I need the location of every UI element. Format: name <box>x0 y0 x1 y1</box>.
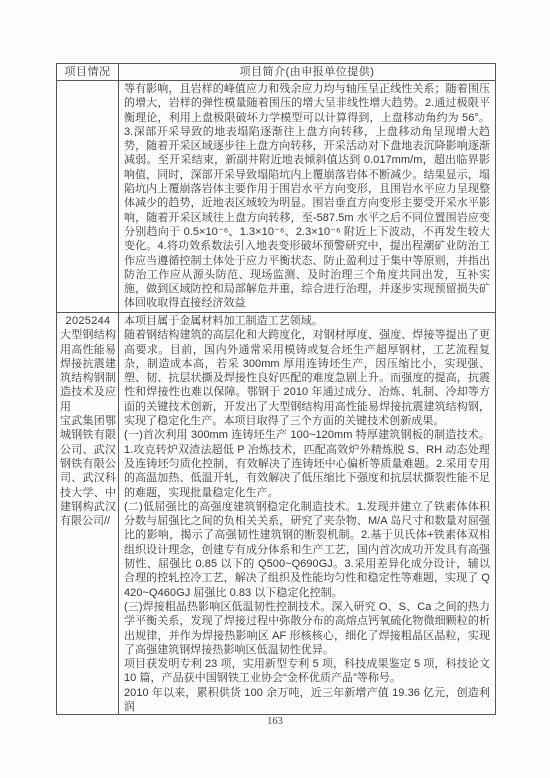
project-brief-cell: 本项目属于金属材料加工制造工艺领域。 随着钢结构建筑的高层化和大跨度化，对钢材厚… <box>119 313 496 715</box>
brief-paragraph: 2010 年以来，累积供货 100 余万吨，近三年新增产值 19.36 亿元，创… <box>124 686 490 715</box>
table-row-continued: 等有影响，且岩样的峰值应力和残余应力均与轴压呈正线性关系；随着围压的增大，岩样的… <box>57 81 496 313</box>
project-organizations: 宝武集团鄂城钢铁有限公司、武汉钢铁有限公司、武汉科技大学、中建钢构武汉有限公司/… <box>60 414 116 528</box>
brief-paragraph: 等有影响，且岩样的峰值应力和残余应力均与轴压呈正线性关系；随着围压的增大，岩样的… <box>124 82 490 311</box>
project-title: 大型钢结构用高性能易焊接抗震建筑结构钢制造技术及应用 <box>60 328 116 414</box>
project-info-cell: 2025244 大型钢结构用高性能易焊接抗震建筑结构钢制造技术及应用 宝武集团鄂… <box>57 313 119 715</box>
project-table: 项目情况 项目简介(由申报单位提供) 等有影响，且岩样的峰值应力和残余应力均与轴… <box>56 63 496 715</box>
brief-paragraph: 本项目属于金属材料加工制造工艺领域。 <box>124 314 490 328</box>
table-row-project-2025244: 2025244 大型钢结构用高性能易焊接抗震建筑结构钢制造技术及应用 宝武集团鄂… <box>57 313 496 715</box>
project-id: 2025244 <box>60 314 116 328</box>
table-header-row: 项目情况 项目简介(由申报单位提供) <box>57 64 496 81</box>
column-header-project-brief: 项目简介(由申报单位提供) <box>119 64 496 81</box>
brief-paragraph: 项目获发明专利 23 项，实用新型专利 5 项，科技成果鉴定 5 项，科技论文 … <box>124 657 490 686</box>
brief-paragraph: 随着钢结构建筑的高层化和大跨度化，对钢材厚度、强度、焊接等提出了更高要求。目前，… <box>124 328 490 428</box>
project-brief-cell: 等有影响，且岩样的峰值应力和残余应力均与轴压呈正线性关系；随着围压的增大，岩样的… <box>119 81 496 313</box>
brief-paragraph: (三)焊接粗晶热影响区低温韧性控制技术。深入研究 O、S、Ca 之间的热力学平衡… <box>124 600 490 657</box>
brief-paragraph: (一)首次利用 300mm 连铸坯生产 100~120mm 特厚建筑钢板的制造技… <box>124 428 490 499</box>
column-header-project-status: 项目情况 <box>57 64 119 81</box>
page-number: 163 <box>0 716 550 727</box>
project-info-cell-empty <box>57 81 119 313</box>
brief-paragraph: (二)低屈强比的高强度建筑钢稳定化制造技术。1.发现并建立了铁素体体积分数与屈强… <box>124 500 490 600</box>
